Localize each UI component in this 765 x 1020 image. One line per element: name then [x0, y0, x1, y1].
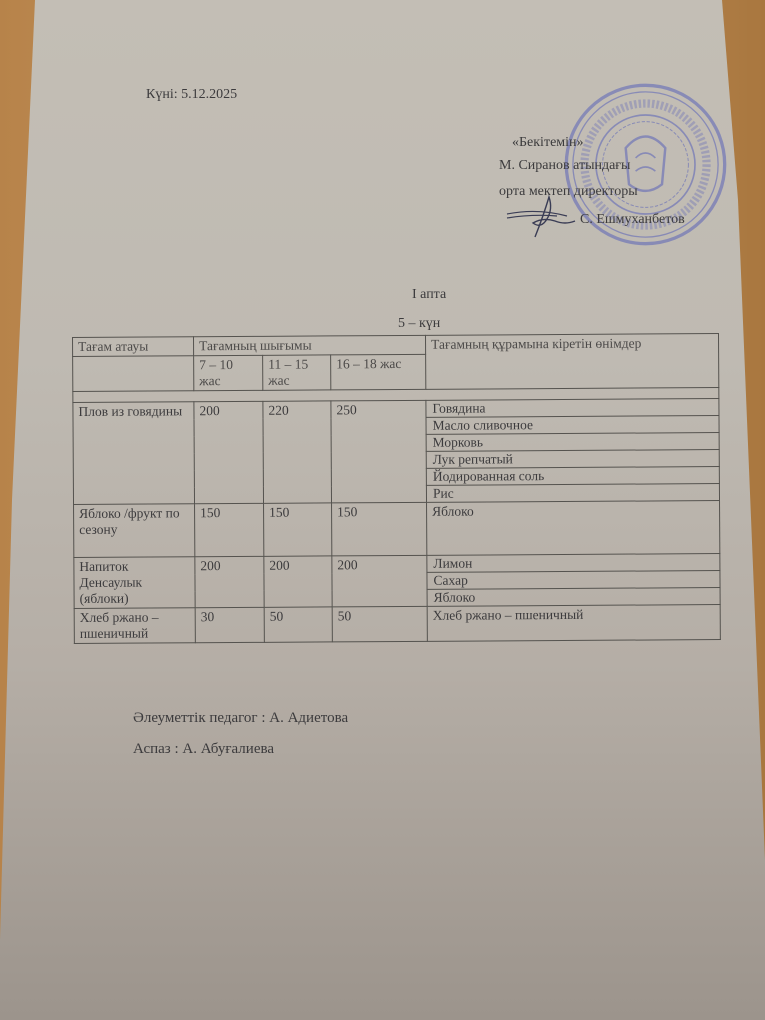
- dish-name: Плов из говядины: [73, 402, 195, 505]
- portion-7-10: 30: [195, 607, 264, 642]
- ingredient: Лимон: [427, 554, 720, 573]
- ingredient: Яблоко: [427, 501, 720, 556]
- header-age-11-15: 11 – 15 жас: [263, 355, 331, 390]
- approval-line-1: М. Сиранов атындағы: [499, 158, 630, 174]
- table-row: Хлеб ржано – пшеничный 30 50 50 Хлеб ржа…: [74, 605, 720, 644]
- portion-16-18: 150: [332, 502, 427, 556]
- social-pedagogue-line: Әлеуметтік педагог : А. Адиетова: [133, 710, 348, 727]
- cook-line: Аспаз : А. Абуғалиева: [133, 741, 274, 758]
- portion-11-15: 50: [264, 607, 332, 642]
- dish-name: Напиток Денсаулык (яблоки): [74, 557, 195, 609]
- portion-7-10: 150: [195, 503, 264, 556]
- header-ingredients: Тағамның құрамына кіретін өнімдер: [425, 334, 718, 390]
- portion-16-18: 250: [331, 400, 427, 503]
- ingredient: Сахар: [427, 571, 720, 590]
- ingredient: Говядина: [426, 399, 719, 418]
- portion-7-10: 200: [194, 401, 264, 503]
- day-label: 5 – күн: [398, 316, 440, 332]
- ingredient: Морковь: [426, 433, 719, 452]
- ingredient: Йодированная соль: [426, 467, 719, 486]
- ingredient: Яблоко: [427, 588, 720, 607]
- header-output: Тағамның шығымы: [194, 335, 426, 355]
- director-name: С. Ешмуханбетов: [580, 212, 685, 228]
- portion-16-18: 50: [332, 606, 427, 642]
- header-dish-name: Тағам атауы: [73, 337, 194, 357]
- ingredient: Масло сливочное: [426, 416, 719, 435]
- header-age-7-10: 7 – 10 жас: [194, 355, 263, 390]
- dish-name: Хлеб ржано – пшеничный: [74, 608, 195, 644]
- portion-16-18: 200: [332, 555, 427, 607]
- portion-11-15: 220: [263, 401, 332, 503]
- ingredient: Рис: [426, 484, 719, 503]
- portion-11-15: 150: [264, 503, 332, 556]
- header-age-16-18: 16 – 18 жас: [331, 354, 426, 390]
- menu-table: Тағам атауы Тағамның шығымы Тағамның құр…: [72, 333, 721, 644]
- ingredient: Лук репчатый: [426, 450, 719, 469]
- table-row: Яблоко /фрукт по сезону 150 150 150 Ябло…: [74, 501, 720, 558]
- dish-name: Яблоко /фрукт по сезону: [74, 504, 195, 558]
- portion-11-15: 200: [264, 556, 332, 607]
- ingredient: Хлеб ржано – пшеничный: [427, 605, 720, 642]
- approval-title: «Бекітемін»: [512, 135, 584, 151]
- date-line: Күні: 5.12.2025: [146, 87, 237, 103]
- portion-7-10: 200: [195, 556, 264, 607]
- week-label: I апта: [412, 287, 446, 303]
- header-blank: [73, 356, 194, 392]
